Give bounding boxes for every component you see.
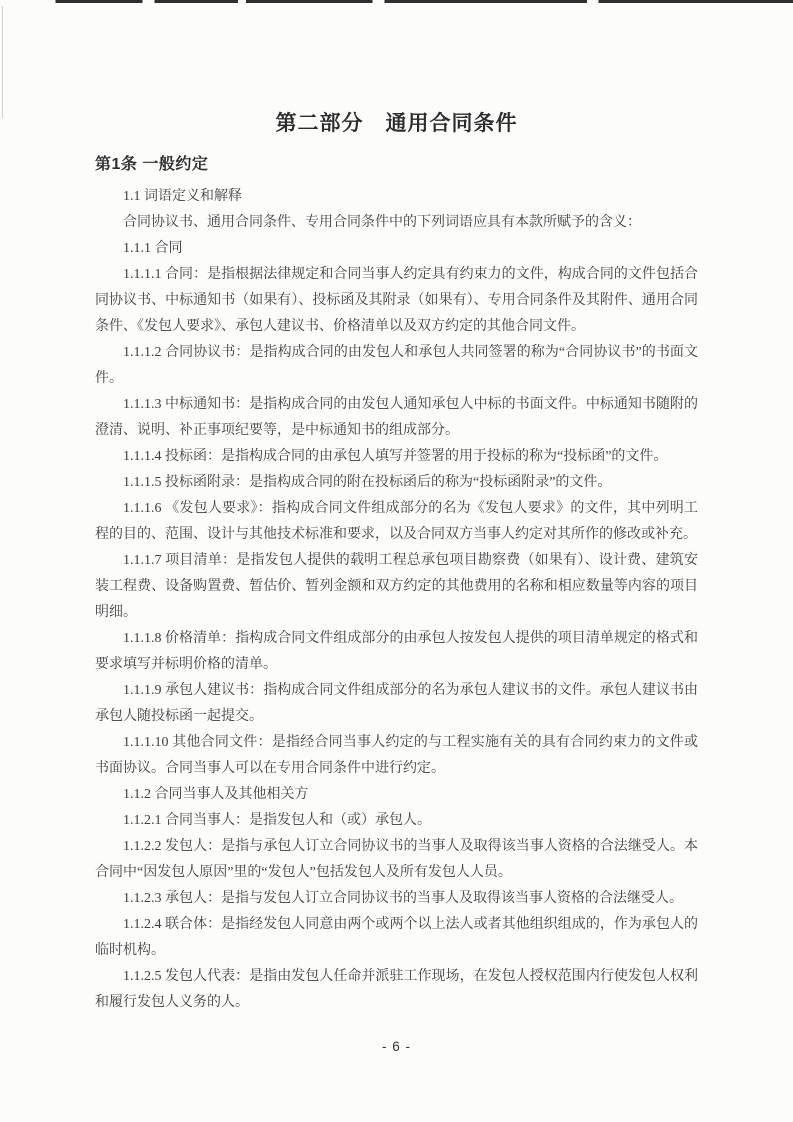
paragraph-clause: 合同协议书、通用合同条件、专用合同条件中的下列词语应具有本款所赋予的含义： [95, 210, 698, 236]
article-heading: 第1条 一般约定 [95, 155, 698, 175]
paragraph-clause: 1.1.1.4 投标函：是指构成合同的由承包人填写并签署的用于投标的称为“投标函… [95, 444, 698, 470]
paragraph-clause: 1.1.1.10 其他合同文件：是指经合同当事人约定的与工程实施有关的具有合同约… [95, 730, 698, 782]
page-number: - 6 - [0, 1039, 793, 1054]
document-body: 1.1 词语定义和解释 合同协议书、通用合同条件、专用合同条件中的下列词语应具有… [95, 184, 698, 1016]
paragraph-clause: 1.1.1.1 合同：是指根据法律规定和合同当事人约定具有约束力的文件，构成合同… [95, 262, 698, 340]
paragraph-clause: 1.1 词语定义和解释 [95, 184, 698, 210]
paragraph-clause: 1.1.2.3 承包人：是指与发包人订立合同协议书的当事人及取得该当事人资格的合… [95, 886, 698, 912]
scan-artifact-left-edge [2, 6, 3, 118]
document-title: 第二部分 通用合同条件 [95, 108, 698, 138]
paragraph-clause: 1.1.1.7 项目清单：是指发包人提供的载明工程总承包项目勘察费（如果有）、设… [95, 548, 698, 626]
paragraph-clause: 1.1.1.9 承包人建议书：指构成合同文件组成部分的名为承包人建议书的文件。承… [95, 678, 698, 730]
paragraph-clause: 1.1.2 合同当事人及其他相关方 [95, 782, 698, 808]
paragraph-clause: 1.1.2.2 发包人：是指与承包人订立合同协议书的当事人及取得该当事人资格的合… [95, 834, 698, 886]
paragraph-clause: 1.1.1.6 《发包人要求》：指构成合同文件组成部分的名为《发包人要求》的文件… [95, 496, 698, 548]
paragraph-clause: 1.1.1 合同 [95, 236, 698, 262]
document-page: 第二部分 通用合同条件 第1条 一般约定 1.1 词语定义和解释 合同协议书、通… [0, 0, 793, 1122]
paragraph-clause: 1.1.2.5 发包人代表：是指由发包人任命并派驻工作现场，在发包人授权范围内行… [95, 964, 698, 1016]
paragraph-clause: 1.1.2.4 联合体：是指经发包人同意由两个或两个以上法人或者其他组织组成的，… [95, 912, 698, 964]
paragraph-clause: 1.1.1.3 中标通知书：是指构成合同的由发包人通知承包人中标的书面文件。中标… [95, 392, 698, 444]
paragraph-clause: 1.1.1.2 合同协议书：是指构成合同的由发包人和承包人共同签署的称为“合同协… [95, 340, 698, 392]
paragraph-clause: 1.1.1.5 投标函附录：是指构成合同的附在投标函后的称为“投标函附录”的文件… [95, 470, 698, 496]
scan-artifact-top-edge [0, 0, 793, 3]
paragraph-clause: 1.1.1.8 价格清单：指构成合同文件组成部分的由承包人按发包人提供的项目清单… [95, 626, 698, 678]
paragraph-clause: 1.1.2.1 合同当事人：是指发包人和（或）承包人。 [95, 808, 698, 834]
